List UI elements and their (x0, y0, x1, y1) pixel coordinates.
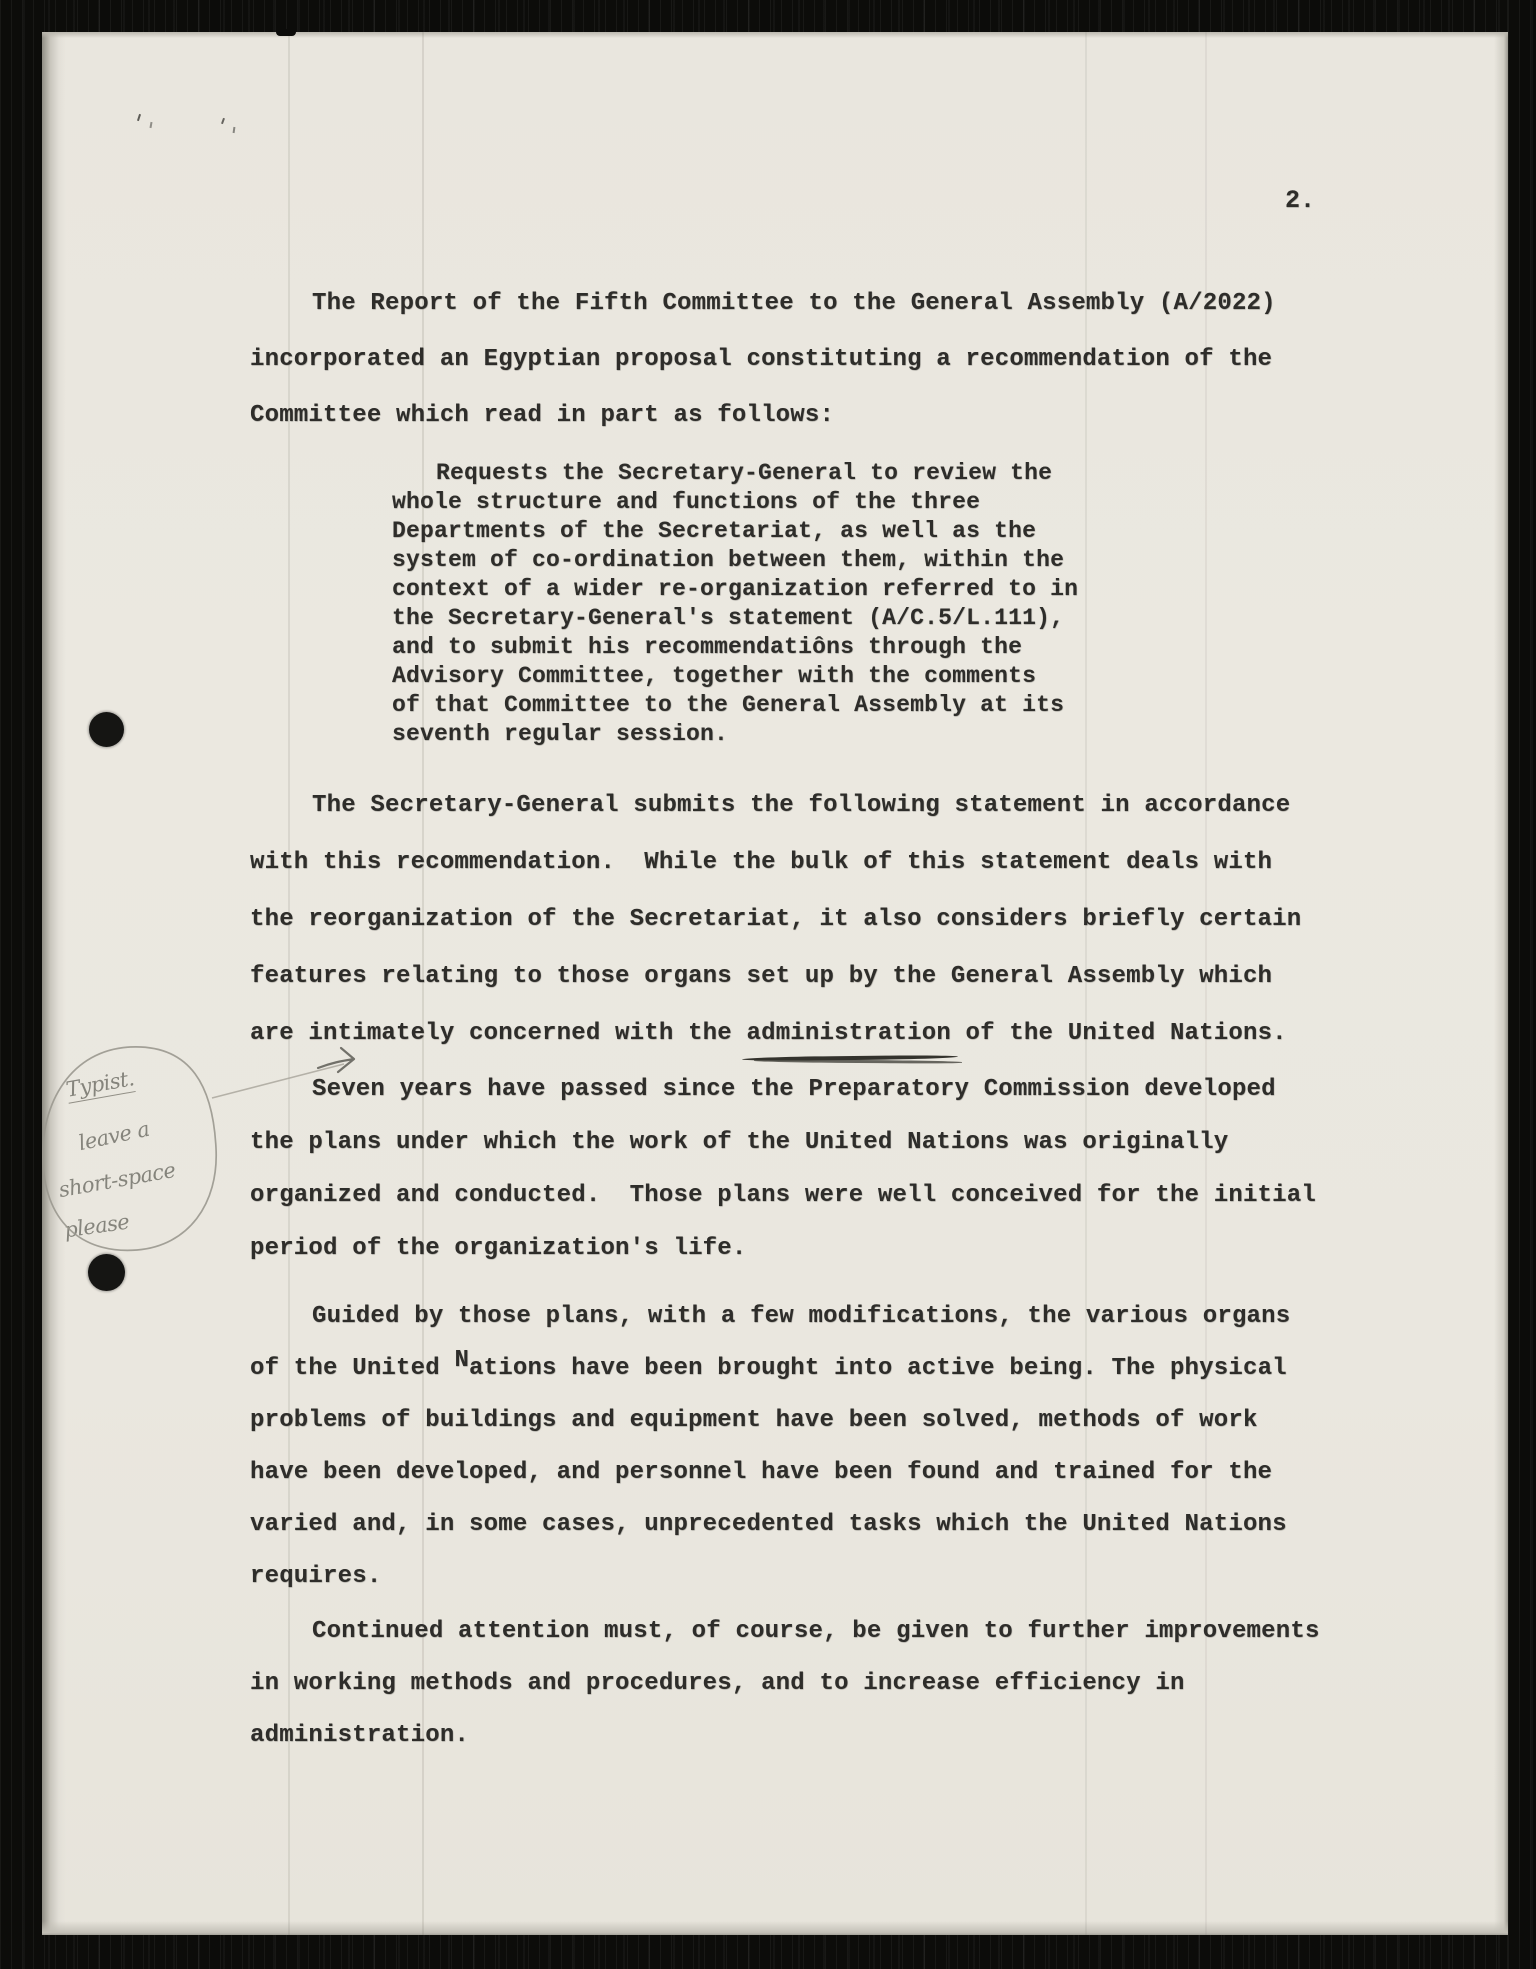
text-line: are intimately concerned with the admini… (250, 1022, 1301, 1079)
scanned-document-page: { "page": { "number": "2.", "paper_color… (0, 0, 1536, 1969)
text-line: with this recommendation. While the bulk… (250, 851, 1301, 908)
scan-border-bottom (0, 1935, 1536, 1969)
text-line: in working methods and procedures, and t… (250, 1672, 1320, 1724)
paragraph-2: The Secretary-General submits the follow… (250, 794, 1301, 1079)
punch-hole (89, 712, 124, 747)
text-line: Guided by those plans, with a few modifi… (250, 1305, 1290, 1357)
text-line: Requests the Secretary-General to review… (392, 462, 1078, 491)
scan-border-top (0, 0, 1536, 32)
page-number: 2. (1285, 186, 1315, 215)
text-line: system of co-ordination between them, wi… (392, 549, 1078, 578)
paper-edge-right (1494, 32, 1508, 1935)
paragraph-1: The Report of the Fifth Committee to the… (250, 292, 1276, 460)
raised-typo-letter: N (454, 1347, 469, 1374)
text-line: of that Committee to the General Assembl… (392, 694, 1078, 723)
paper-edge-bottom (42, 1921, 1508, 1935)
text-line: incorporated an Egyptian proposal consti… (250, 348, 1276, 404)
text-line: The Report of the Fifth Committee to the… (250, 292, 1276, 348)
paragraph-5: Continued attention must, of course, be … (250, 1620, 1320, 1776)
paper-edge-top (42, 32, 1508, 38)
text-line: Advisory Committee, together with the co… (392, 665, 1078, 694)
text-line: administration. (250, 1724, 1320, 1776)
paragraph-4: Guided by those plans, with a few modifi… (250, 1305, 1290, 1617)
scan-border-left (0, 0, 42, 1969)
paragraph-3: Seven years have passed since the Prepar… (250, 1078, 1316, 1290)
text-line: The Secretary-General submits the follow… (250, 794, 1301, 851)
text-line: problems of buildings and equipment have… (250, 1409, 1290, 1461)
handwritten-underlined-word: administration (746, 1020, 950, 1047)
text-line: Seven years have passed since the Prepar… (250, 1078, 1316, 1131)
punch-hole (88, 1254, 125, 1291)
text-line: of the United Nations have been brought … (250, 1357, 1290, 1409)
text-line: varied and, in some cases, unprecedented… (250, 1513, 1290, 1565)
scan-border-blemish (276, 29, 296, 36)
text-line: Committee which read in part as follows: (250, 404, 1276, 460)
text-segment: of the United (250, 1355, 454, 1382)
text-line: organized and conducted. Those plans wer… (250, 1184, 1316, 1237)
text-line: features relating to those organs set up… (250, 965, 1301, 1022)
text-line: the Secretary-General's statement (A/C.5… (392, 607, 1078, 636)
blockquote: Requests the Secretary-General to review… (392, 462, 1078, 752)
paper-edge-left (42, 32, 66, 1935)
text-segment: are intimately concerned with the (250, 1020, 746, 1047)
text-line: Departments of the Secretariat, as well … (392, 520, 1078, 549)
text-line: whole structure and functions of the thr… (392, 491, 1078, 520)
text-line: the reorganization of the Secretariat, i… (250, 908, 1301, 965)
text-line: the plans under which the work of the Un… (250, 1131, 1316, 1184)
scan-border-right (1508, 0, 1536, 1969)
text-line: seventh regular session. (392, 723, 1078, 752)
text-line: and to submit his recommendatiôns throug… (392, 636, 1078, 665)
text-segment: ations have been brought into active bei… (469, 1355, 1287, 1382)
text-line: context of a wider re-organization refer… (392, 578, 1078, 607)
text-line: have been developed, and personnel have … (250, 1461, 1290, 1513)
text-segment: of the United Nations. (951, 1020, 1287, 1047)
text-line: requires. (250, 1565, 1290, 1617)
text-line: Continued attention must, of course, be … (250, 1620, 1320, 1672)
text-line: period of the organization's life. (250, 1237, 1316, 1290)
